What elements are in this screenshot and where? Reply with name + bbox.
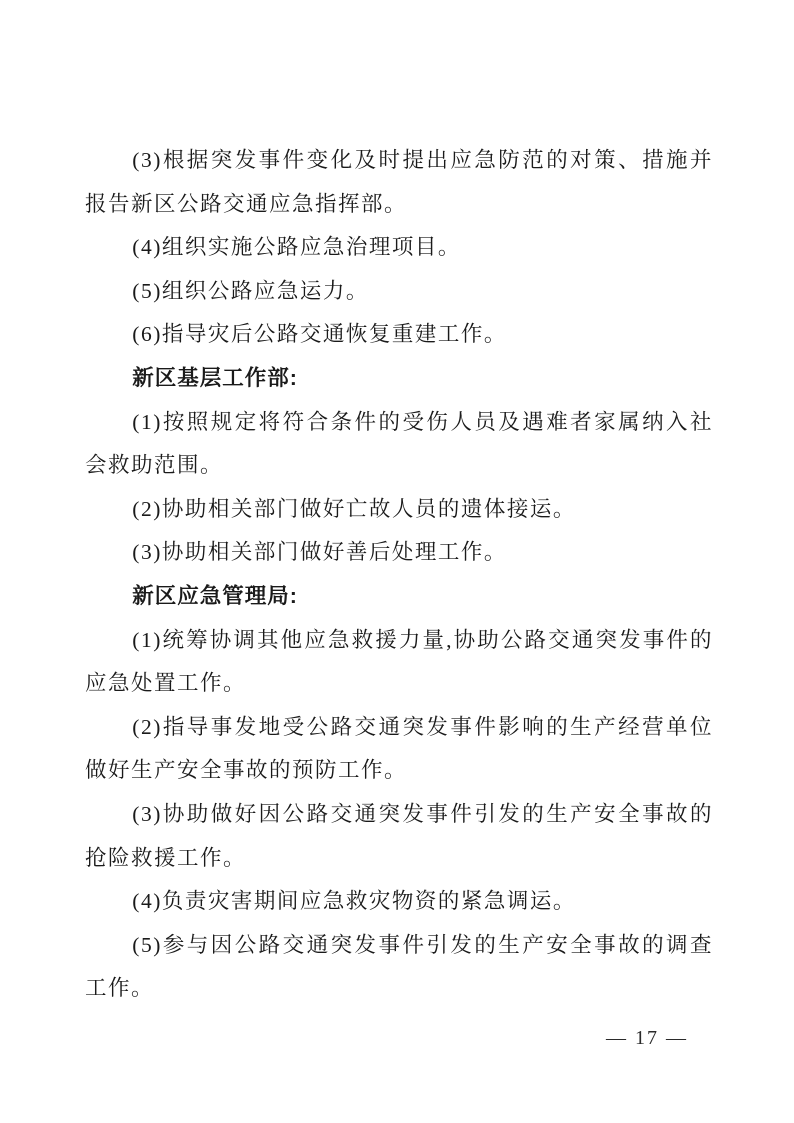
paragraph-item-4: (4)组织实施公路应急治理项目。 (85, 226, 713, 270)
document-body: (3)根据突发事件变化及时提出应急防范的对策、措施并报告新区公路交通应急指挥部。… (85, 139, 713, 1011)
page-number: — 17 — (606, 1027, 688, 1049)
page-footer: — 17 — (606, 1026, 688, 1050)
paragraph-item-1: (1)按照规定将符合条件的受伤人员及遇难者家属纳入社会救助范围。 (85, 401, 713, 488)
paragraph-item-2: (2)协助相关部门做好亡故人员的遗体接运。 (85, 488, 713, 532)
section-heading-yingji-guanliju: 新区应急管理局: (85, 575, 713, 619)
paragraph-item-3c: (3)协助做好因公路交通突发事件引发的生产安全事故的抢险救援工作。 (85, 793, 713, 880)
paragraph-item-4b: (4)负责灾害期间应急救灾物资的紧急调运。 (85, 880, 713, 924)
paragraph-item-2b: (2)指导事发地受公路交通突发事件影响的生产经营单位做好生产安全事故的预防工作。 (85, 706, 713, 793)
section-heading-jiceng-gongzuobu: 新区基层工作部: (85, 357, 713, 401)
paragraph-item-5b: (5)参与因公路交通突发事件引发的生产安全事故的调查工作。 (85, 924, 713, 1011)
document-page: (3)根据突发事件变化及时提出应急防范的对策、措施并报告新区公路交通应急指挥部。… (0, 0, 794, 1123)
paragraph-item-6: (6)指导灾后公路交通恢复重建工作。 (85, 313, 713, 357)
paragraph-item-5: (5)组织公路应急运力。 (85, 270, 713, 314)
paragraph-item-1b: (1)统筹协调其他应急救援力量,协助公路交通突发事件的应急处置工作。 (85, 619, 713, 706)
paragraph-item-3b: (3)协助相关部门做好善后处理工作。 (85, 531, 713, 575)
paragraph-item-3: (3)根据突发事件变化及时提出应急防范的对策、措施并报告新区公路交通应急指挥部。 (85, 139, 713, 226)
